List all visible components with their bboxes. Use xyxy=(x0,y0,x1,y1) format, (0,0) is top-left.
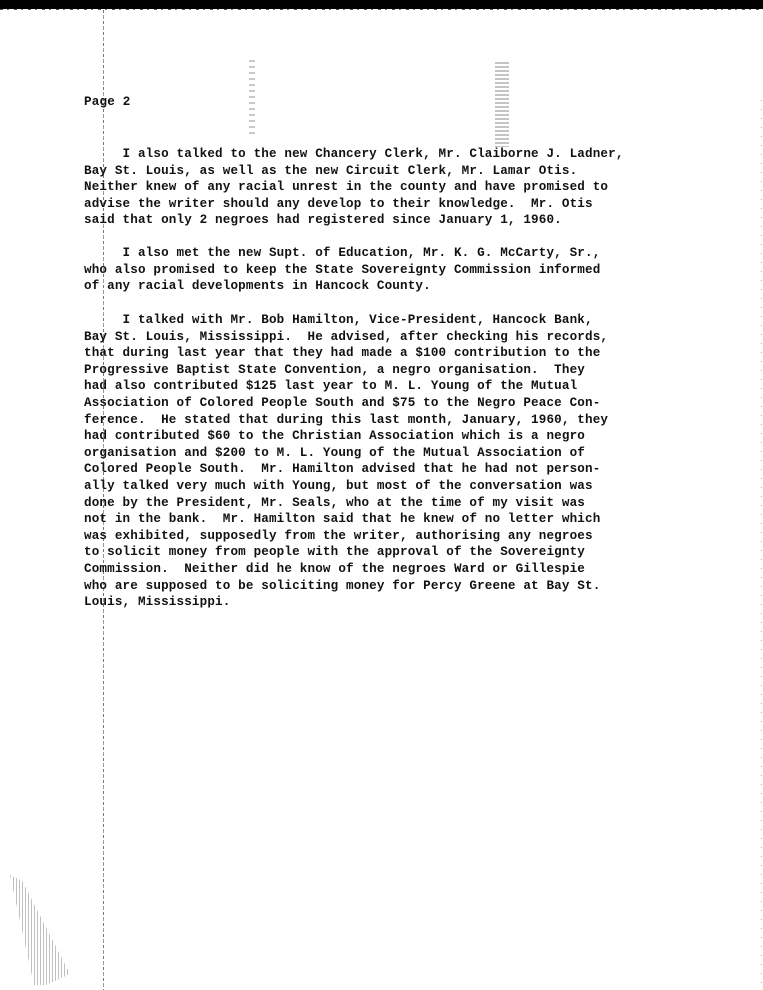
text-line: had also contributed $125 last year to M… xyxy=(84,378,608,395)
text-line: organisation and $200 to M. L. Young of … xyxy=(84,445,608,462)
text-line: advise the writer should any develop to … xyxy=(84,196,624,213)
paragraph-supt-education: I also met the new Supt. of Education, M… xyxy=(84,245,600,295)
text-line: done by the President, Mr. Seals, who at… xyxy=(84,495,608,512)
text-line: Louis, Mississippi. xyxy=(84,594,608,611)
text-line: of any racial developments in Hancock Co… xyxy=(84,278,600,295)
scan-artifact-corner-noise xyxy=(10,875,70,985)
text-line: who also promised to keep the State Sove… xyxy=(84,262,600,279)
paragraph-hancock-bank: I talked with Mr. Bob Hamilton, Vice-Pre… xyxy=(84,312,608,611)
text-line: Bay St. Louis, Mississippi. He advised, … xyxy=(84,329,608,346)
scan-top-border-edge xyxy=(0,9,763,10)
text-line: I also talked to the new Chancery Clerk,… xyxy=(84,146,624,163)
text-line: ally talked very much with Young, but mo… xyxy=(84,478,608,495)
text-line: I talked with Mr. Bob Hamilton, Vice-Pre… xyxy=(84,312,608,329)
scan-artifact-smudge xyxy=(495,62,509,147)
text-line: was exhibited, supposedly from the write… xyxy=(84,528,608,545)
text-line: Bay St. Louis, as well as the new Circui… xyxy=(84,163,624,180)
text-line: Progressive Baptist State Convention, a … xyxy=(84,362,608,379)
text-line: to solicit money from people with the ap… xyxy=(84,544,608,561)
text-line: had contributed $60 to the Christian Ass… xyxy=(84,428,608,445)
text-line: Neither knew of any racial unrest in the… xyxy=(84,179,624,196)
scan-artifact-smudge xyxy=(249,60,255,135)
text-line: Commission. Neither did he know of the n… xyxy=(84,561,608,578)
scan-right-edge xyxy=(761,100,762,990)
text-line: Association of Colored People South and … xyxy=(84,395,608,412)
text-line: Colored People South. Mr. Hamilton advis… xyxy=(84,461,608,478)
text-line: said that only 2 negroes had registered … xyxy=(84,212,624,229)
text-line: ference. He stated that during this last… xyxy=(84,412,608,429)
text-line: I also met the new Supt. of Education, M… xyxy=(84,245,600,262)
scan-top-border xyxy=(0,0,763,9)
text-line: that during last year that they had made… xyxy=(84,345,608,362)
text-line: who are supposed to be soliciting money … xyxy=(84,578,608,595)
paragraph-chancery-circuit-clerks: I also talked to the new Chancery Clerk,… xyxy=(84,146,624,229)
text-line: not in the bank. Mr. Hamilton said that … xyxy=(84,511,608,528)
page-number-label: Page 2 xyxy=(84,95,131,109)
